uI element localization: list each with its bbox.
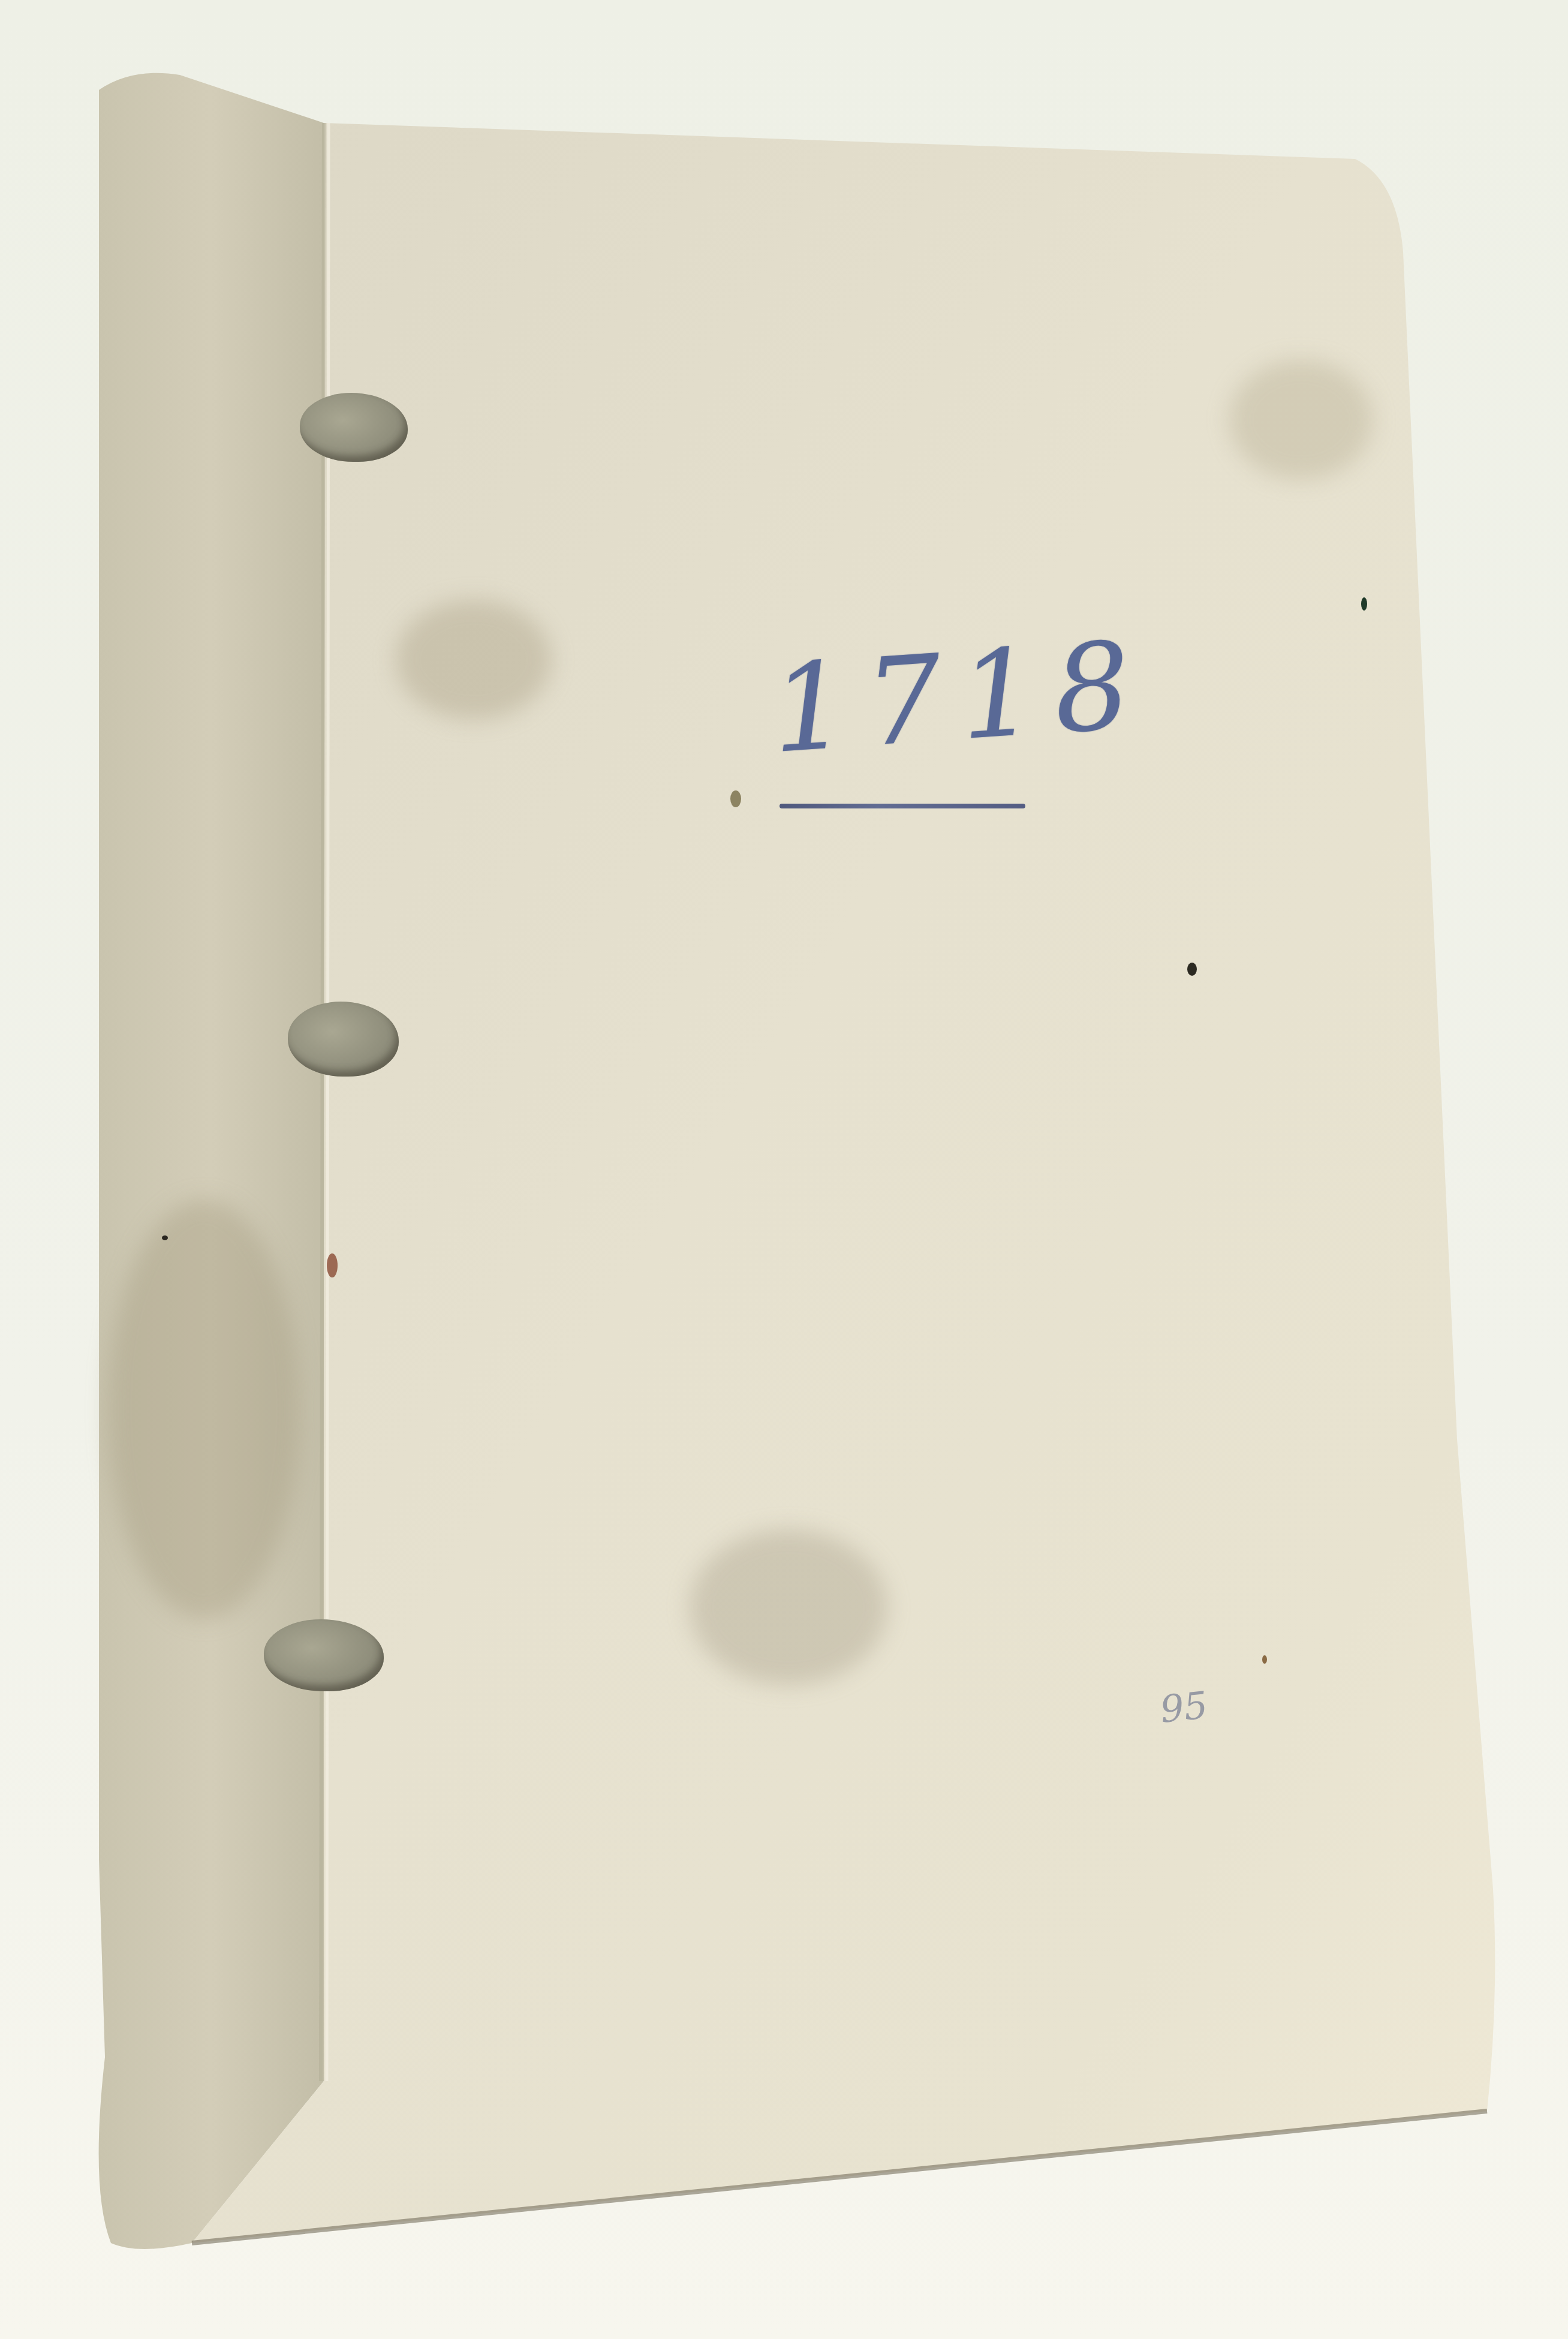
spine-stain — [108, 1199, 300, 1619]
handwritten-year: 1718 — [768, 633, 1043, 831]
speck — [730, 790, 741, 807]
red-mark — [327, 1253, 338, 1277]
spine-tie-tab — [300, 393, 408, 462]
speck — [1262, 1655, 1267, 1664]
book-shape — [0, 0, 1568, 2339]
stain — [1229, 360, 1373, 480]
speck — [1361, 597, 1367, 611]
speck — [1187, 963, 1197, 976]
pencil-note: 95 — [1158, 1683, 1209, 1731]
year-underline — [780, 804, 1025, 808]
spine-tie-tab — [264, 1619, 384, 1691]
spine-tie-tab — [288, 1002, 399, 1077]
photo-scene: 1718 95 — [0, 0, 1568, 2339]
stain — [690, 1529, 887, 1685]
speck — [162, 1235, 168, 1240]
book: 1718 95 — [0, 0, 1568, 2339]
stain — [396, 600, 552, 720]
